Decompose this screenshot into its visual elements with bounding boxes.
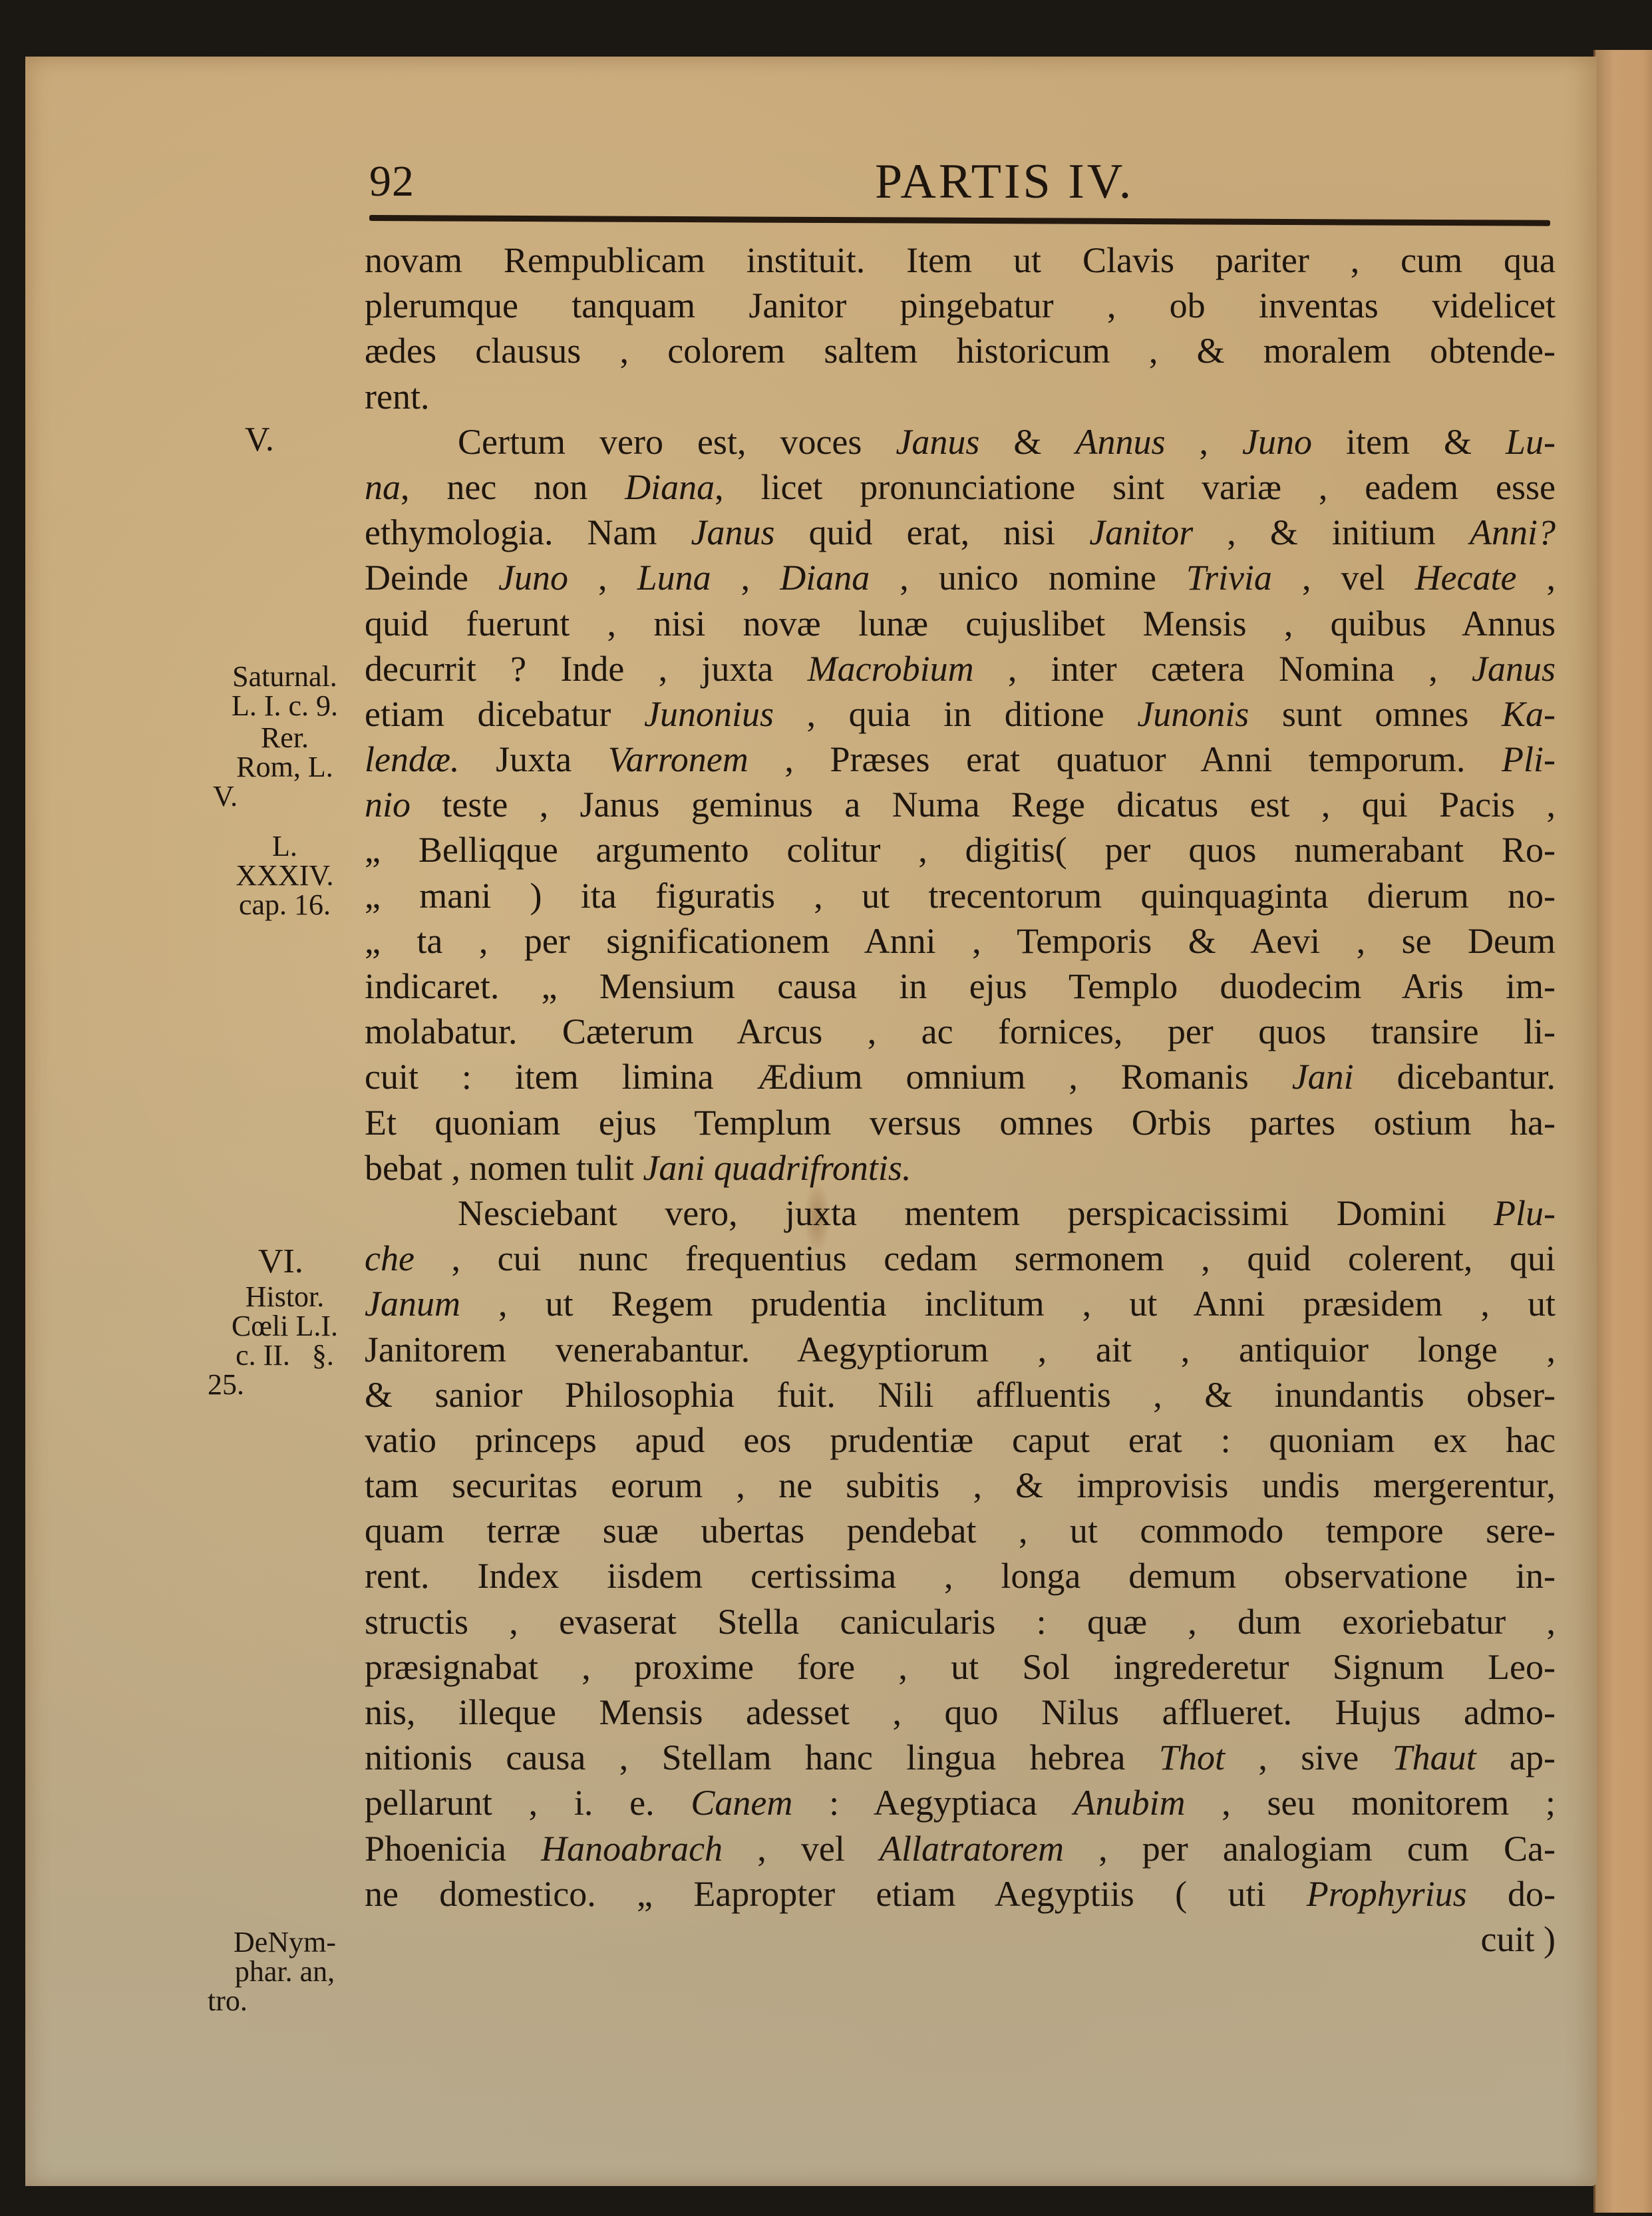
italic-term: Thaut (1393, 1738, 1476, 1777)
italic-term: Thot (1159, 1738, 1225, 1777)
margin-note-line: Saturnal. (205, 662, 365, 691)
text-line: & sanior Philosophia fuit. Nili affluent… (365, 1372, 1556, 1417)
text-run: Nesciebant vero, juxta mentem perspicaci… (458, 1193, 1494, 1233)
text-line: che , cui nunc frequentius cedam sermone… (365, 1236, 1556, 1281)
margin-note-rer-rom: Rer. Rom, L. V. (205, 723, 365, 811)
text-run: pellarunt , i. e. (365, 1783, 691, 1823)
italic-term: Lu- (1506, 422, 1556, 462)
running-head: 92 PARTIS IV. (369, 156, 1547, 216)
text-run: , Præses erat quatuor Anni temporum. (748, 739, 1502, 779)
text-line: Janum , ut Regem prudentia inclitum , ut… (365, 1281, 1556, 1326)
italic-term: Janum (365, 1284, 460, 1324)
text-line: Nesciebant vero, juxta mentem perspicaci… (365, 1191, 1556, 1236)
text-run: : Aegyptiaca (792, 1783, 1073, 1823)
text-line: na, nec non Diana, licet pronunciatione … (365, 464, 1556, 510)
text-line: tam securitas eorum , ne subitis , & imp… (365, 1463, 1556, 1508)
text-run: Janitorem venerabantur. Aegyptiorum , ai… (365, 1330, 1556, 1370)
italic-term: Janus (896, 422, 979, 462)
text-line: plerumque tanquam Janitor pingebatur , o… (365, 283, 1556, 328)
italic-term: Luna (637, 558, 711, 598)
text-run: , (1516, 558, 1556, 598)
italic-term: Junonis (1137, 694, 1249, 734)
italic-term: Varronem (608, 739, 748, 779)
text-run: , per analogiam cum Ca- (1064, 1829, 1556, 1869)
margin-note-line: tro. (205, 1986, 365, 2016)
next-page-edge (1593, 50, 1652, 2213)
text-line: vatio princeps apud eos prudentiæ caput … (365, 1417, 1556, 1463)
italic-term: Annus (1075, 422, 1165, 462)
text-run: Phoenicia (365, 1829, 541, 1869)
margin-note-line: Cœli L.I. (205, 1312, 365, 1341)
italic-term: nio (365, 785, 411, 825)
text-line: bebat , nomen tulit Jani quadrifrontis. (365, 1145, 1556, 1191)
text-line: Deinde Juno , Luna , Diana , unico nomin… (365, 555, 1556, 600)
text-run: cuit : item limina Ædium omnium , Romani… (365, 1057, 1292, 1097)
text-run: decurrit ? Inde , juxta (365, 649, 808, 689)
text-line: etiam dicebatur Junonius , quia in ditio… (365, 691, 1556, 737)
italic-term: na (365, 467, 401, 507)
text-line: „ ta , per significationem Anni , Tempor… (365, 918, 1556, 964)
text-line: præsignabat , proxime fore , ut Sol ingr… (365, 1644, 1556, 1690)
text-run: nis, illeque Mensis adesset , quo Nilus … (365, 1692, 1556, 1732)
text-run: , sive (1225, 1738, 1393, 1777)
italic-term: lendæ. (365, 739, 460, 779)
text-run: etiam dicebatur (365, 694, 644, 734)
italic-term: Jani (1292, 1057, 1354, 1097)
text-run: ædes clausus , colorem saltem historicum… (365, 331, 1556, 371)
text-line: quid fuerunt , nisi novæ lunæ cujuslibet… (365, 601, 1556, 646)
text-run: novam Rempublicam instituit. Item ut Cla… (365, 240, 1556, 280)
text-run: „ Belliqque argumento colitur , digitis(… (365, 830, 1556, 870)
text-line: cuit : item limina Ædium omnium , Romani… (365, 1054, 1556, 1099)
text-run: sunt omnes (1249, 694, 1502, 734)
text-line: nis, illeque Mensis adesset , quo Nilus … (365, 1690, 1556, 1735)
text-run: rent. Index iisdem certissima , longa de… (365, 1556, 1556, 1596)
text-run: quam terræ suæ ubertas pendebat , ut com… (365, 1511, 1556, 1551)
text-run: plerumque tanquam Janitor pingebatur , o… (365, 285, 1556, 325)
text-line: lendæ. Juxta Varronem , Præses erat quat… (365, 737, 1556, 782)
italic-term: che (365, 1238, 414, 1278)
text-line: cuit ) (365, 1917, 1556, 1962)
margin-note-line: cap. 16. (205, 890, 365, 920)
text-run: Certum vero est, voces (458, 422, 896, 462)
text-line: „ Belliqque argumento colitur , digitis(… (365, 827, 1556, 872)
text-run: cuit ) (1481, 1919, 1556, 1959)
text-line: novam Rempublicam instituit. Item ut Cla… (365, 238, 1556, 283)
text-line: Et quoniam ejus Templum versus omnes Orb… (365, 1100, 1556, 1145)
text-run: , & initium (1193, 512, 1470, 552)
text-line: nitionis causa , Stellam hanc lingua heb… (365, 1735, 1556, 1780)
margin-note-line: V. (205, 782, 365, 811)
text-run: quid erat, nisi (775, 512, 1090, 552)
italic-term: Janitor (1089, 512, 1193, 552)
text-run: Juxta (460, 739, 608, 779)
text-run: præsignabat , proxime fore , ut Sol ingr… (365, 1647, 1556, 1687)
text-run: indicaret. „ Mensium causa in ejus Templ… (365, 966, 1556, 1006)
text-run: Et quoniam ejus Templum versus omnes Orb… (365, 1103, 1556, 1143)
text-run: ethymologia. Nam (365, 512, 691, 552)
italic-term: Canem (691, 1783, 792, 1823)
margin-note-line: XXXIV. (205, 861, 365, 890)
text-line: decurrit ? Inde , juxta Macrobium , inte… (365, 646, 1556, 691)
text-run: , inter cætera Nomina , (974, 649, 1472, 689)
italic-term: Allatratorem (880, 1829, 1064, 1869)
text-run: , cui nunc frequentius cedam sermonem , … (414, 1238, 1556, 1278)
text-line: nio teste , Janus geminus a Numa Rege di… (365, 782, 1556, 827)
page-number: 92 (369, 156, 414, 207)
text-line: ne domestico. „ Eapropter etiam Aegyptii… (365, 1871, 1556, 1917)
margin-note-line: 25. (205, 1370, 365, 1399)
text-line: quam terræ suæ ubertas pendebat , ut com… (365, 1508, 1556, 1553)
margin-note-line: Rom, L. (205, 753, 365, 782)
text-run: & (979, 422, 1075, 462)
text-run: , quia in ditione (774, 694, 1137, 734)
margin-note-line: Histor. (205, 1282, 365, 1312)
text-run: , vel (1272, 558, 1415, 598)
text-run: rent. (365, 377, 429, 417)
italic-term: Juno (498, 558, 568, 598)
text-run: , unico nomine (870, 558, 1186, 598)
text-line: pellarunt , i. e. Canem : Aegyptiaca Anu… (365, 1780, 1556, 1825)
italic-term: Hecate (1415, 558, 1517, 598)
margin-note-plinius: L. XXXIV. cap. 16. (205, 832, 365, 920)
text-run: „ ta , per significationem Anni , Tempor… (365, 921, 1556, 961)
italic-term: Diana (780, 558, 870, 598)
italic-term: Pli- (1502, 739, 1556, 779)
text-run: item & (1312, 422, 1506, 462)
text-run: vatio princeps apud eos prudentiæ caput … (365, 1420, 1556, 1460)
text-run: , (1165, 422, 1242, 462)
italic-term: Trivia (1186, 558, 1272, 598)
body-text: novam Rempublicam instituit. Item ut Cla… (365, 238, 1556, 1962)
margin-note-line: c. II. §. (205, 1341, 365, 1370)
margin-note-nymph: DeNym- phar. an, tro. (205, 1928, 365, 2016)
margin-note-line: Rer. (205, 723, 365, 753)
italic-term: Juno (1242, 422, 1312, 462)
text-run: teste , Janus geminus a Numa Rege dicatu… (411, 785, 1556, 825)
italic-term: Anubim (1074, 1783, 1186, 1823)
text-run: structis , evaserat Stella canicularis :… (365, 1602, 1556, 1642)
text-run: , (568, 558, 637, 598)
text-run: Deinde (365, 558, 498, 598)
italic-term: Jani quadrifrontis. (643, 1148, 911, 1188)
text-run: , vel (723, 1829, 880, 1869)
text-line: rent. Index iisdem certissima , longa de… (365, 1553, 1556, 1598)
text-line: indicaret. „ Mensium causa in ejus Templ… (365, 964, 1556, 1009)
text-run: bebat , nomen tulit (365, 1148, 643, 1188)
margin-note-line: L. I. c. 9. (205, 691, 365, 721)
text-run: , ut Regem prudentia inclitum , ut Anni … (460, 1284, 1556, 1324)
text-run: nitionis causa , Stellam hanc lingua heb… (365, 1738, 1159, 1777)
text-line: „ mani ) ita figuratis , ut trecentorum … (365, 873, 1556, 918)
italic-term: Janus (1472, 649, 1556, 689)
italic-term: Janus (691, 512, 775, 552)
text-run: & sanior Philosophia fuit. Nili affluent… (365, 1375, 1556, 1415)
text-run: ap- (1476, 1738, 1556, 1777)
text-line: rent. (365, 374, 1556, 419)
margin-note-line: L. (205, 832, 365, 861)
text-run: , (711, 558, 780, 598)
text-run: , licet pronunciatione sint variæ , eade… (715, 467, 1556, 507)
text-line: Certum vero est, voces Janus & Annus , J… (365, 419, 1556, 464)
text-run: , seu monitorem ; (1186, 1783, 1556, 1823)
text-line: ethymologia. Nam Janus quid erat, nisi J… (365, 510, 1556, 555)
italic-term: Diana (625, 467, 715, 507)
text-run: ne domestico. „ Eapropter etiam Aegyptii… (365, 1874, 1307, 1914)
text-run: quid fuerunt , nisi novæ lunæ cujuslibet… (365, 604, 1556, 644)
text-run: , nec non (401, 467, 625, 507)
text-line: Phoenicia Hanoabrach , vel Allatratorem … (365, 1826, 1556, 1871)
margin-note-line: phar. an, (205, 1957, 365, 1986)
text-line: molabatur. Cæterum Arcus , ac fornices, … (365, 1009, 1556, 1054)
text-run: do- (1467, 1874, 1556, 1914)
text-line: Janitorem venerabantur. Aegyptiorum , ai… (365, 1327, 1556, 1372)
text-run: „ mani ) ita figuratis , ut trecentorum … (365, 876, 1556, 916)
text-run: molabatur. Cæterum Arcus , ac fornices, … (365, 1012, 1556, 1051)
running-title: PARTIS IV. (875, 154, 1134, 210)
margin-note-saturnal: Saturnal. L. I. c. 9. (205, 662, 365, 721)
text-line: structis , evaserat Stella canicularis :… (365, 1599, 1556, 1644)
text-line: ædes clausus , colorem saltem historicum… (365, 328, 1556, 373)
italic-term: Prophyrius (1307, 1874, 1467, 1914)
margin-note-line: DeNym- (205, 1928, 365, 1957)
text-run: dicebantur. (1354, 1057, 1556, 1097)
italic-term: Hanoabrach (541, 1829, 723, 1869)
margin-note-histor: Histor. Cœli L.I. c. II. §. 25. (205, 1282, 365, 1399)
header-rule (369, 215, 1550, 226)
italic-term: Ka- (1502, 694, 1556, 734)
text-run: tam securitas eorum , ne subitis , & imp… (365, 1465, 1556, 1505)
italic-term: Macrobium (808, 649, 974, 689)
italic-term: Junonius (644, 694, 774, 734)
italic-term: Plu- (1494, 1193, 1556, 1233)
book-page: 92 PARTIS IV. V. Saturnal. L. I. c. 9. R… (25, 57, 1597, 2186)
italic-term: Anni? (1470, 512, 1556, 552)
